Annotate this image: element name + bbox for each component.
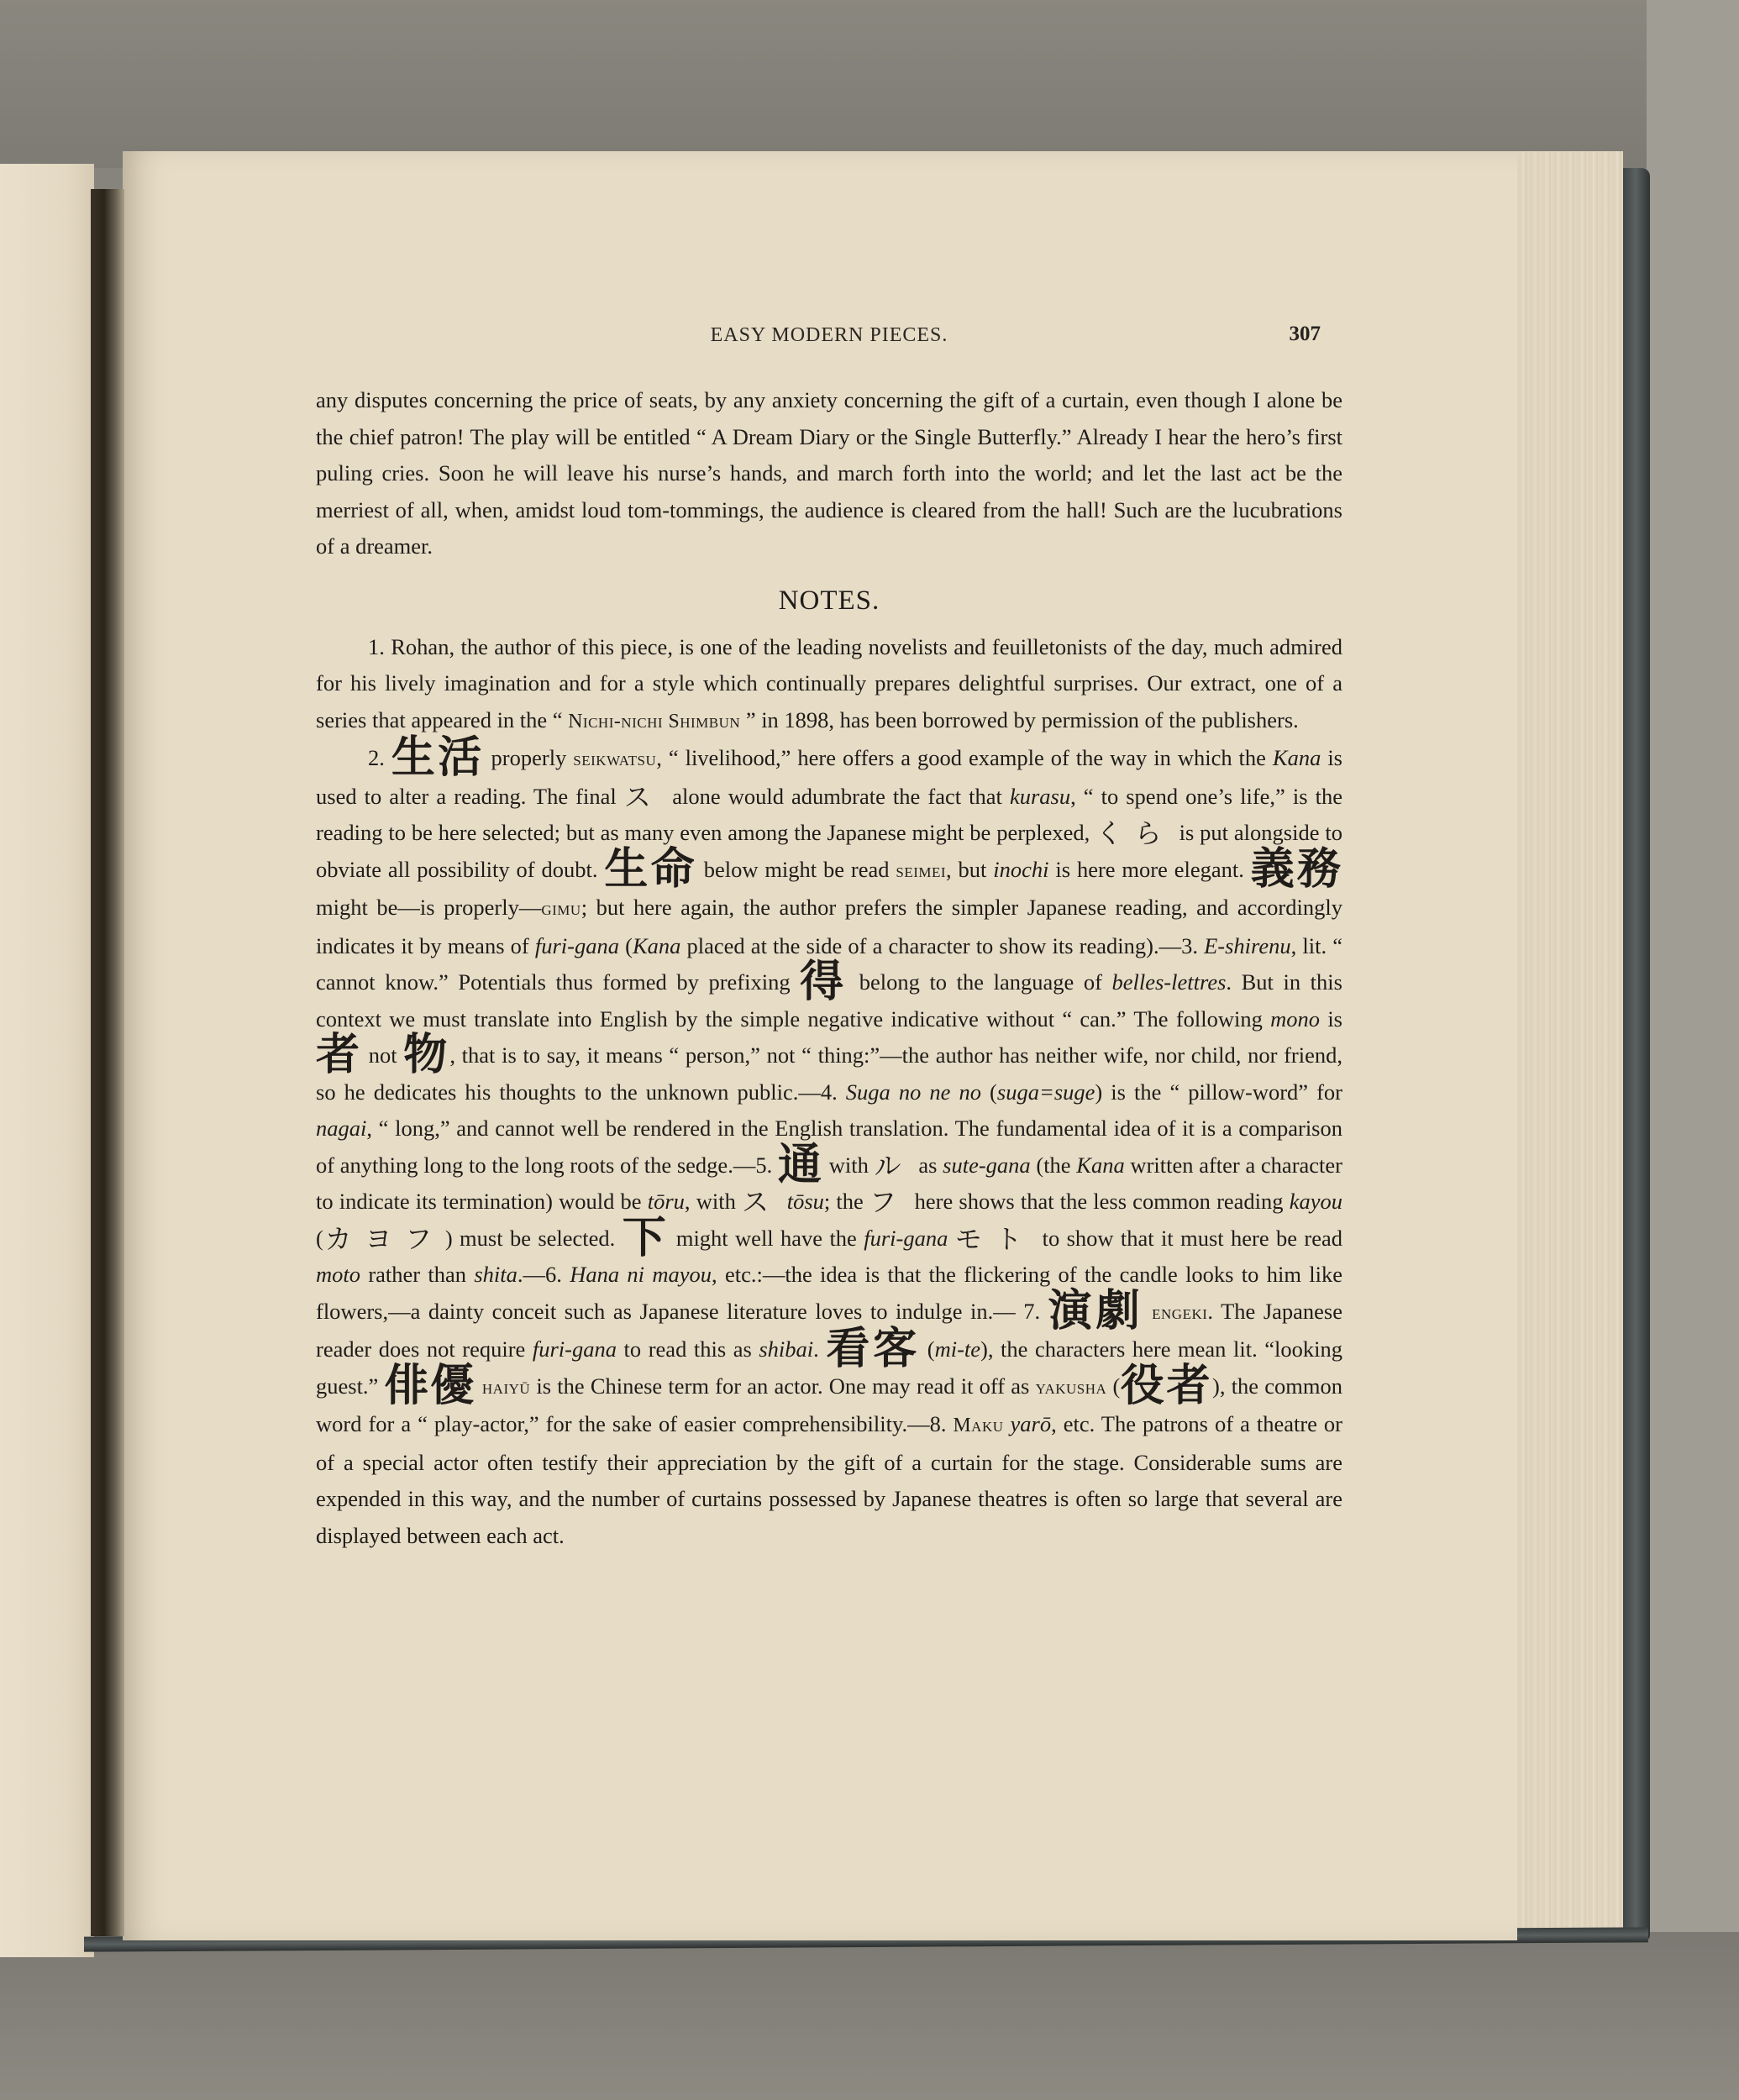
small-caps-run: Nichi-nichi Shimbun: [568, 711, 740, 732]
italic-run: furi-gana: [535, 933, 619, 958]
text-run: .—6.: [517, 1262, 570, 1287]
text-run: ” in 1898, has been borrowed by permissi…: [740, 707, 1299, 732]
italic-run: moto: [316, 1262, 360, 1287]
kanji-glyph: 役者: [1120, 1361, 1212, 1411]
text-run: belong to the language of: [849, 969, 1111, 995]
text-run: [948, 1226, 954, 1251]
text-run: any disputes concerning the price of sea…: [316, 387, 1342, 559]
italic-run: shita: [474, 1262, 517, 1287]
text-run: below might be read: [697, 857, 896, 882]
text-run: ; the: [824, 1189, 869, 1214]
kanji-glyph: 物: [403, 1030, 449, 1080]
page-text: any disputes concerning the price of sea…: [316, 382, 1342, 1554]
text-run: is the Chinese term for an actor. One ma…: [530, 1373, 1035, 1399]
text-run: .: [813, 1336, 826, 1362]
italic-run: furi-gana: [533, 1336, 617, 1362]
italic-run: furi-gana: [864, 1226, 948, 1251]
text-run: 2.: [368, 745, 391, 770]
background-bottom: [0, 1932, 1739, 2100]
kana-glyph: モト: [955, 1223, 1036, 1255]
small-caps-run: gimu: [541, 898, 581, 920]
italic-run: belles-lettres: [1112, 969, 1227, 995]
background-right: [1647, 0, 1739, 2100]
text-run: is here more elegant.: [1049, 857, 1251, 882]
text-run: properly: [485, 745, 574, 770]
text-run: (: [316, 1226, 323, 1251]
small-caps-run: seimei: [896, 860, 946, 882]
italic-run: E-shirenu: [1204, 933, 1291, 958]
book-gutter: [91, 189, 124, 1936]
text-run: ) must be selected.: [445, 1226, 623, 1251]
text-run: (: [619, 933, 633, 958]
small-caps-run: yakusha: [1036, 1377, 1107, 1399]
kanji-glyph: 通: [778, 1140, 823, 1190]
text-run: (: [1106, 1373, 1120, 1399]
running-head: EASY MODERN PIECES. 307: [316, 324, 1342, 358]
italic-run: shibai: [759, 1336, 813, 1362]
page-stack-fore-edge: [1504, 151, 1623, 1936]
italic-run: tōru: [648, 1189, 685, 1214]
italic-run: Kana: [1273, 745, 1321, 770]
text-run: as: [913, 1152, 943, 1178]
kana-glyph: ス: [742, 1186, 781, 1218]
text-run: , “ livelihood,” here offers a good exam…: [656, 745, 1273, 770]
small-caps-run: seikwatsu: [573, 748, 656, 770]
italic-run: nagai: [316, 1116, 366, 1141]
text-run: not: [362, 1042, 403, 1068]
kana-glyph: フ: [869, 1186, 909, 1218]
text-run: might well have the: [669, 1226, 864, 1251]
kanji-glyph: 得: [800, 957, 849, 1007]
italic-run: inochi: [993, 857, 1048, 882]
kana-glyph: くら: [1095, 817, 1174, 849]
kanji-glyph: 下: [623, 1213, 670, 1263]
italic-run: mono: [1270, 1006, 1320, 1032]
italic-run: yarō: [1011, 1411, 1052, 1436]
kanji-glyph: 俳優: [385, 1361, 476, 1411]
note-paragraph-2: 2. 生活 properly seikwatsu, “ livelihood,”…: [316, 740, 1342, 1554]
text-run: might be—is properly—: [316, 895, 541, 920]
italic-run: Suga no ne no: [846, 1079, 981, 1105]
text-run: here shows that the less common reading: [909, 1189, 1290, 1214]
small-caps-run: engeki: [1152, 1302, 1207, 1324]
small-caps-run: Maku: [953, 1415, 1003, 1436]
book-cover-right-edge: [1621, 168, 1650, 1940]
text-run: [1144, 1299, 1153, 1324]
kanji-glyph: 者: [316, 1030, 362, 1080]
italic-run: Kana: [633, 933, 680, 958]
page-number: 307: [1290, 323, 1321, 346]
running-title: EASY MODERN PIECES.: [316, 324, 1342, 347]
kanji-glyph: 義務: [1251, 844, 1342, 895]
italic-run: Hana ni mayou: [570, 1262, 712, 1287]
italic-run: sute-gana: [943, 1152, 1031, 1178]
kanji-glyph: 生命: [604, 844, 697, 895]
kanji-glyph: 演劇: [1048, 1286, 1144, 1336]
kana-glyph: ル: [875, 1150, 913, 1182]
kanji-glyph: 看客: [826, 1324, 920, 1374]
text-run: to show that it must here be read: [1035, 1226, 1342, 1251]
text-run: (: [920, 1336, 934, 1362]
text-run: placed at the side of a character to sho…: [680, 933, 1204, 958]
text-run: [1004, 1411, 1011, 1436]
kana-glyph: カヨフ: [323, 1223, 445, 1255]
text-run: ) is the “ pillow-word” for: [1095, 1079, 1342, 1105]
body-paragraph: any disputes concerning the price of sea…: [316, 382, 1342, 565]
text-run: , with: [685, 1189, 742, 1214]
kanji-glyph: 生活: [391, 732, 485, 783]
text-run: (: [981, 1079, 997, 1105]
text-run: alone would adumbrate the fact that: [665, 784, 1010, 809]
background-top: [0, 0, 1739, 168]
italic-run: suga=suge: [997, 1079, 1095, 1105]
left-page-edge: [0, 164, 94, 1957]
text-run: , but: [946, 857, 993, 882]
text-run: [781, 1189, 787, 1214]
text-run: (the: [1031, 1152, 1077, 1178]
note-paragraph-1: 1. Rohan, the author of this piece, is o…: [316, 629, 1342, 741]
text-run: [476, 1373, 482, 1399]
italic-run: mi-te: [935, 1336, 980, 1362]
italic-run: tōsu: [787, 1189, 824, 1214]
small-caps-run: haiyū: [482, 1377, 530, 1399]
italic-run: Kana: [1076, 1152, 1124, 1178]
text-run: rather than: [360, 1262, 474, 1287]
notes-heading: NOTES.: [316, 584, 1342, 617]
text-run: is: [1320, 1006, 1342, 1032]
text-run: with: [823, 1152, 875, 1178]
text-run: to read this as: [617, 1336, 759, 1362]
kana-glyph: ス: [624, 781, 665, 813]
italic-run: kayou: [1290, 1189, 1342, 1214]
italic-run: kurasu: [1010, 784, 1070, 809]
